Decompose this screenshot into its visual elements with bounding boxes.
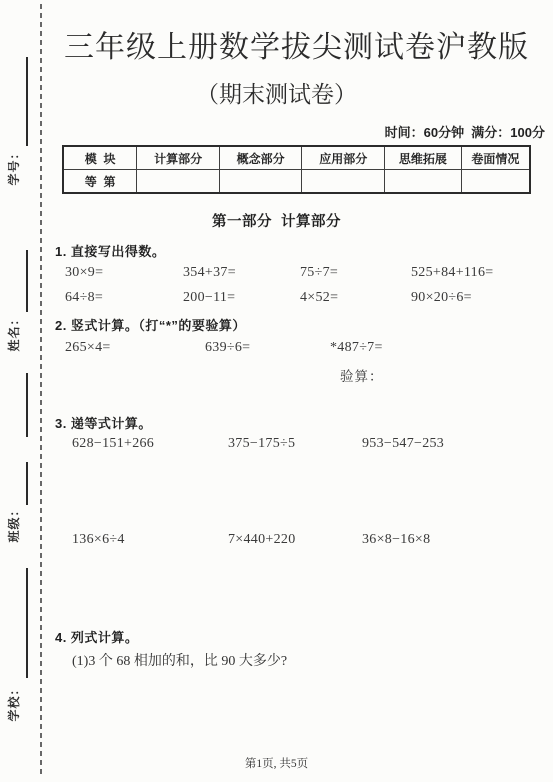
grade-cell-calculation: [137, 170, 220, 194]
blank-line-school: [26, 568, 28, 678]
question-4-number: 4.: [55, 630, 67, 645]
blank-line-class: [26, 462, 28, 505]
equation: 7×440+220: [228, 532, 362, 548]
equation: 375−175÷5: [228, 436, 362, 452]
q3-equations-row1: 628−151+266 375−175÷5 953−547−253: [72, 436, 444, 452]
grade-row-header: 等 第: [63, 170, 137, 194]
exam-paper: 学号： 姓名： 班级： 学校： 三年级上册数学拔尖测试卷沪教版 （期末测试卷） …: [0, 0, 553, 782]
grade-cell-thinking: [385, 170, 462, 194]
page-footer: 第1页, 共5页: [0, 755, 553, 771]
equation: *487÷7=: [330, 340, 383, 356]
paper-subtitle: （期末测试卷）: [0, 76, 553, 106]
question-3-number: 3.: [55, 416, 67, 431]
question-1-number: 1.: [55, 244, 67, 259]
equation: 90×20÷6=: [411, 290, 472, 306]
student-id-label: 学号：: [6, 144, 22, 188]
q1-equations-row2: 64÷8= 200−11= 4×52= 90×20÷6=: [65, 290, 472, 306]
score-table-grade-row: 等 第: [63, 170, 530, 194]
question-4-text: 列式计算。: [71, 630, 139, 645]
q2-equations: 265×4= 639÷6= *487÷7=: [65, 340, 383, 356]
class-label: 班级：: [6, 501, 22, 545]
question-4-item-1: (1)3 个 68 相加的和，比 90 大多少?: [72, 650, 287, 670]
school-label: 学校：: [6, 680, 22, 724]
question-1-prompt: 1.直接写出得数。: [55, 241, 165, 260]
equation: 200−11=: [183, 290, 300, 306]
time-score-info: 时间：60分钟 满分：100分: [385, 122, 545, 141]
section-title: 第一部分 计算部分: [0, 210, 553, 231]
score-table-header-row: 模 块 计算部分 概念部分 应用部分 思维拓展 卷面情况: [63, 146, 530, 170]
question-3-prompt: 3.递等式计算。: [55, 413, 152, 432]
score-col-concept: 概念部分: [219, 146, 302, 170]
equation: 525+84+116=: [411, 265, 493, 281]
equation: 628−151+266: [72, 436, 228, 452]
blank-line-name: [26, 250, 28, 312]
grade-cell-presentation: [461, 170, 530, 194]
score-col-thinking: 思维拓展: [385, 146, 462, 170]
score-col-presentation: 卷面情况: [461, 146, 530, 170]
equation: 953−547−253: [362, 436, 444, 452]
score-col-module: 模 块: [63, 146, 137, 170]
verification-label: 验算：: [340, 365, 384, 385]
question-2-text: 竖式计算。（打“*”的要验算）: [71, 318, 246, 333]
q3-equations-row2: 136×6÷4 7×440+220 36×8−16×8: [72, 532, 430, 548]
equation: 639÷6=: [205, 340, 330, 356]
question-2-prompt: 2.竖式计算。（打“*”的要验算）: [55, 315, 246, 334]
equation: 36×8−16×8: [362, 532, 430, 548]
score-table: 模 块 计算部分 概念部分 应用部分 思维拓展 卷面情况 等 第: [62, 145, 531, 194]
equation: 265×4=: [65, 340, 205, 356]
grade-cell-application: [302, 170, 385, 194]
question-2-number: 2.: [55, 318, 67, 333]
equation: 354+37=: [183, 265, 300, 281]
question-3-text: 递等式计算。: [71, 416, 152, 431]
question-4-prompt: 4.列式计算。: [55, 627, 138, 646]
paper-title: 三年级上册数学拔尖测试卷沪教版: [48, 22, 545, 62]
equation: 30×9=: [65, 265, 183, 281]
name-label: 姓名：: [6, 310, 22, 354]
equation: 75÷7=: [300, 265, 411, 281]
blank-line-class-upper: [26, 373, 28, 437]
grade-cell-concept: [219, 170, 302, 194]
equation: 64÷8=: [65, 290, 183, 306]
seal-dashed-line: [40, 4, 42, 778]
equation: 4×52=: [300, 290, 411, 306]
score-col-application: 应用部分: [302, 146, 385, 170]
question-1-text: 直接写出得数。: [71, 244, 166, 259]
equation: 136×6÷4: [72, 532, 228, 548]
score-col-calculation: 计算部分: [137, 146, 220, 170]
q1-equations-row1: 30×9= 354+37= 75÷7= 525+84+116=: [65, 265, 493, 281]
